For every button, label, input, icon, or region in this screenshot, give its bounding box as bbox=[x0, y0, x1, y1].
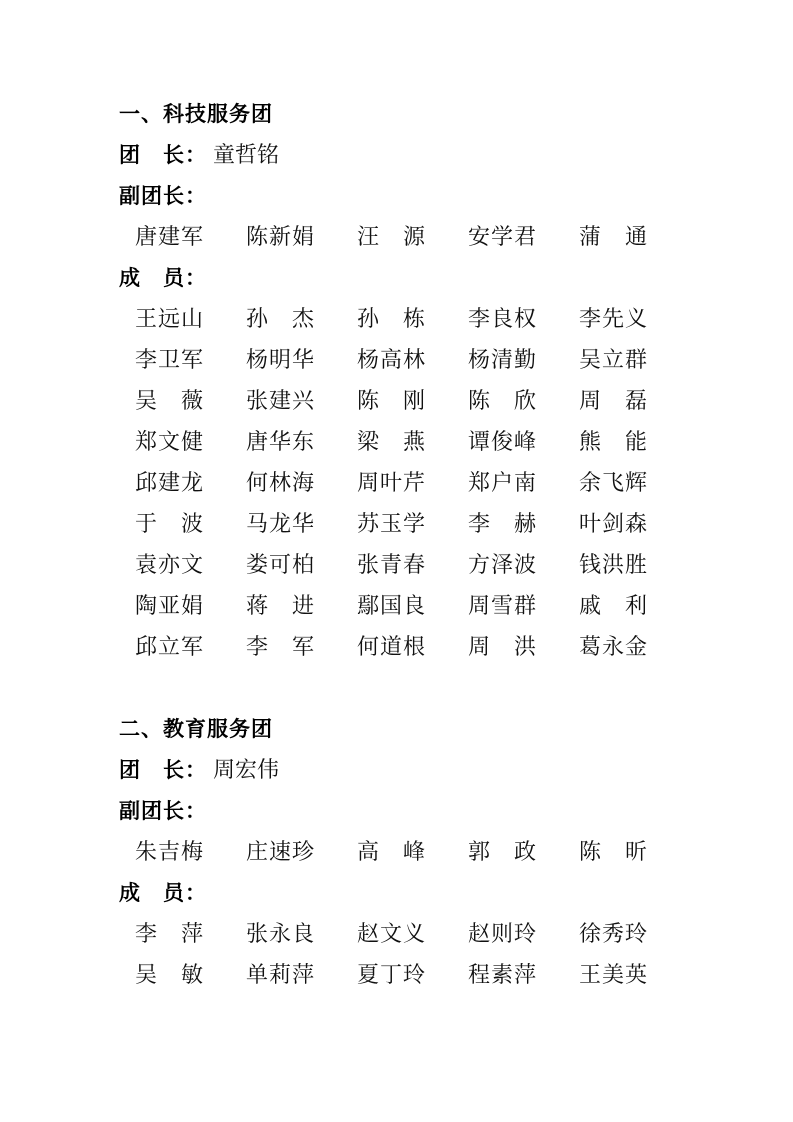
section-heading: 二、教育服务团 bbox=[119, 707, 647, 748]
document-page: 一、科技服务团 团 长：童哲铭 副团长： 唐建军 陈新娟 汪 源 安学君 蒲 通… bbox=[0, 0, 793, 1122]
person-name: 庄速珍 bbox=[246, 835, 314, 866]
members-label-line: 成 员： bbox=[119, 871, 647, 912]
person-name: 葛永金 bbox=[579, 630, 647, 661]
person-name: 苏玉学 bbox=[357, 507, 425, 538]
person-name: 何道根 bbox=[357, 630, 425, 661]
leader-line: 团 长：周宏伟 bbox=[119, 748, 647, 789]
person-name: 李 萍 bbox=[135, 917, 203, 948]
member-row: 李卫军 杨明华 杨高林 杨清勤 吴立群 bbox=[119, 338, 647, 379]
person-name: 余飞辉 bbox=[579, 466, 647, 497]
person-name: 陈 欣 bbox=[468, 384, 536, 415]
member-row: 袁亦文 娄可柏 张青春 方泽波 钱洪胜 bbox=[119, 543, 647, 584]
person-name: 何林海 bbox=[246, 466, 314, 497]
service-group-section: 二、教育服务团 团 长：周宏伟 副团长： 朱吉梅 庄速珍 高 峰 郭 政 陈 昕… bbox=[119, 707, 647, 994]
person-name: 蒋 进 bbox=[246, 589, 314, 620]
person-name: 孙 栋 bbox=[357, 302, 425, 333]
person-name: 蒲 通 bbox=[579, 220, 647, 251]
person-name: 唐建军 bbox=[135, 220, 203, 251]
service-group-section: 一、科技服务团 团 长：童哲铭 副团长： 唐建军 陈新娟 汪 源 安学君 蒲 通… bbox=[119, 92, 647, 666]
member-row: 于 波 马龙华 苏玉学 李 赫 叶剑森 bbox=[119, 502, 647, 543]
person-name: 夏丁玲 bbox=[357, 958, 425, 989]
person-name: 杨明华 bbox=[246, 343, 314, 374]
member-row: 郑文健 唐华东 梁 燕 谭俊峰 熊 能 bbox=[119, 420, 647, 461]
deputy-label-line: 副团长： bbox=[119, 789, 647, 830]
section-heading: 一、科技服务团 bbox=[119, 92, 647, 133]
deputy-label: 副团长： bbox=[119, 180, 207, 210]
person-name: 娄可柏 bbox=[246, 548, 314, 579]
person-name: 李 赫 bbox=[468, 507, 536, 538]
member-row: 吴 薇 张建兴 陈 刚 陈 欣 周 磊 bbox=[119, 379, 647, 420]
leader-label: 团 长： bbox=[119, 139, 207, 169]
member-row: 邱立军 李 军 何道根 周 洪 葛永金 bbox=[119, 625, 647, 666]
member-row: 王远山 孙 杰 孙 栋 李良权 李先义 bbox=[119, 297, 647, 338]
person-name: 鄢国良 bbox=[357, 589, 425, 620]
members-label-line: 成 员： bbox=[119, 256, 647, 297]
members-label: 成 员： bbox=[119, 262, 207, 292]
leader-label: 团 长： bbox=[119, 754, 207, 784]
person-name: 徐秀玲 bbox=[579, 917, 647, 948]
person-name: 李先义 bbox=[579, 302, 647, 333]
person-name: 张青春 bbox=[357, 548, 425, 579]
person-name: 王远山 bbox=[135, 302, 203, 333]
member-row: 邱建龙 何林海 周叶芹 郑户南 余飞辉 bbox=[119, 461, 647, 502]
person-name: 朱吉梅 bbox=[135, 835, 203, 866]
deputy-label-line: 副团长： bbox=[119, 174, 647, 215]
person-name: 杨清勤 bbox=[468, 343, 536, 374]
member-row: 吴 敏 单莉萍 夏丁玲 程素萍 王美英 bbox=[119, 953, 647, 994]
person-name: 唐华东 bbox=[246, 425, 314, 456]
person-name: 钱洪胜 bbox=[579, 548, 647, 579]
member-rows: 王远山 孙 杰 孙 栋 李良权 李先义 李卫军 杨明华 杨高林 杨清勤 吴立群 … bbox=[119, 297, 647, 666]
person-name: 高 峰 bbox=[357, 835, 425, 866]
person-name: 孙 杰 bbox=[246, 302, 314, 333]
person-name: 邱建龙 bbox=[135, 466, 203, 497]
person-name: 陈 昕 bbox=[579, 835, 647, 866]
person-name: 叶剑森 bbox=[579, 507, 647, 538]
person-name: 张建兴 bbox=[246, 384, 314, 415]
person-name: 汪 源 bbox=[357, 220, 425, 251]
person-name: 周雪群 bbox=[468, 589, 536, 620]
person-name: 郑户南 bbox=[468, 466, 536, 497]
member-row: 李 萍 张永良 赵文义 赵则玲 徐秀玲 bbox=[119, 912, 647, 953]
person-name: 陈 刚 bbox=[357, 384, 425, 415]
person-name: 戚 利 bbox=[579, 589, 647, 620]
leader-name: 周宏伟 bbox=[213, 753, 279, 784]
person-name: 周 洪 bbox=[468, 630, 536, 661]
deputy-row: 唐建军 陈新娟 汪 源 安学君 蒲 通 bbox=[119, 215, 647, 256]
person-name: 郑文健 bbox=[135, 425, 203, 456]
deputy-label: 副团长： bbox=[119, 795, 207, 825]
deputy-row: 朱吉梅 庄速珍 高 峰 郭 政 陈 昕 bbox=[119, 830, 647, 871]
member-row: 陶亚娟 蒋 进 鄢国良 周雪群 戚 利 bbox=[119, 584, 647, 625]
person-name: 张永良 bbox=[246, 917, 314, 948]
person-name: 马龙华 bbox=[246, 507, 314, 538]
person-name: 安学君 bbox=[468, 220, 536, 251]
person-name: 赵文义 bbox=[357, 917, 425, 948]
person-name: 郭 政 bbox=[468, 835, 536, 866]
person-name: 王美英 bbox=[579, 958, 647, 989]
person-name: 吴立群 bbox=[579, 343, 647, 374]
member-rows: 李 萍 张永良 赵文义 赵则玲 徐秀玲 吴 敏 单莉萍 夏丁玲 程素萍 王美英 bbox=[119, 912, 647, 994]
person-name: 吴 敏 bbox=[135, 958, 203, 989]
person-name: 谭俊峰 bbox=[468, 425, 536, 456]
person-name: 单莉萍 bbox=[246, 958, 314, 989]
person-name: 赵则玲 bbox=[468, 917, 536, 948]
person-name: 李卫军 bbox=[135, 343, 203, 374]
person-name: 周 磊 bbox=[579, 384, 647, 415]
person-name: 陶亚娟 bbox=[135, 589, 203, 620]
person-name: 陈新娟 bbox=[246, 220, 314, 251]
leader-line: 团 长：童哲铭 bbox=[119, 133, 647, 174]
person-name: 熊 能 bbox=[579, 425, 647, 456]
person-name: 袁亦文 bbox=[135, 548, 203, 579]
person-name: 梁 燕 bbox=[357, 425, 425, 456]
person-name: 周叶芹 bbox=[357, 466, 425, 497]
person-name: 于 波 bbox=[135, 507, 203, 538]
person-name: 李 军 bbox=[246, 630, 314, 661]
person-name: 程素萍 bbox=[468, 958, 536, 989]
person-name: 吴 薇 bbox=[135, 384, 203, 415]
members-label: 成 员： bbox=[119, 877, 207, 907]
person-name: 李良权 bbox=[468, 302, 536, 333]
person-name: 杨高林 bbox=[357, 343, 425, 374]
leader-name: 童哲铭 bbox=[213, 138, 279, 169]
person-name: 邱立军 bbox=[135, 630, 203, 661]
person-name: 方泽波 bbox=[468, 548, 536, 579]
